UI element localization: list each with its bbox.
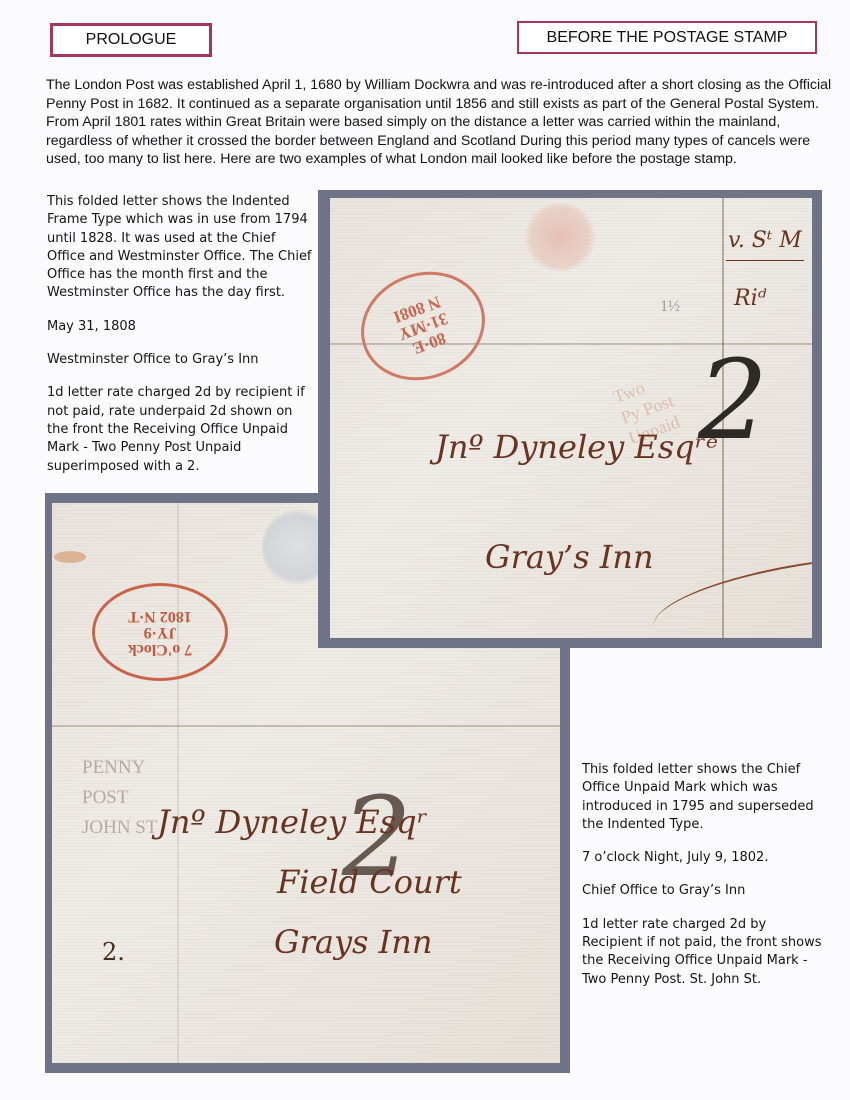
wax-seal-mark [524, 203, 596, 271]
fold-line [52, 725, 560, 727]
address-line-1: Jnº Dyneley Esqʳ [157, 803, 428, 841]
exhibit-2-date: 7 o’clock Night, July 9, 1802. [582, 849, 822, 867]
address-line-2: Gray’s Inn [485, 538, 654, 576]
corner-note-1: v. Sᵗ M [728, 228, 802, 253]
exhibit-2-route: Chief Office to Gray’s Inn [582, 882, 822, 900]
address-line-3: Grays Inn [274, 923, 432, 961]
section-label-box: PROLOGUE [50, 23, 212, 57]
exhibit-2-rate-note: 1d letter rate charged 2d by Recipient i… [582, 916, 822, 989]
exhibit-1-letter-image: 80·E 31·MY N 808I 1½ v. Sᵗ M Riᵈ TwoPy P… [330, 198, 812, 638]
section-label: PROLOGUE [86, 31, 177, 49]
exhibit-2-text: This folded letter shows the Chief Offic… [582, 761, 822, 834]
page-title-box: BEFORE THE POSTAGE STAMP [517, 21, 817, 54]
exhibit-2-description: This folded letter shows the Chief Offic… [582, 761, 822, 1004]
stain [54, 551, 86, 563]
address-line-2: Field Court [277, 863, 462, 901]
chief-office-datestamp: 7 o'Clock JY·9 1802 N·T [92, 583, 228, 681]
exhibit-1-route: Westminster Office to Gray’s Inn [47, 351, 317, 369]
indented-frame-datestamp: 80·E 31·MY N 808I [346, 255, 501, 398]
left-note: 2. [102, 938, 125, 966]
exhibit-1-mount: 80·E 31·MY N 808I 1½ v. Sᵗ M Riᵈ TwoPy P… [318, 190, 822, 648]
page-title: BEFORE THE POSTAGE STAMP [547, 29, 788, 47]
exhibit-1-date: May 31, 1808 [47, 318, 317, 336]
receiving-office-mark: PENNY POST JOHN ST [82, 753, 157, 843]
underline [726, 260, 804, 261]
intro-paragraph: The London Post was established April 1,… [46, 76, 836, 169]
corner-note-2: Riᵈ [734, 286, 766, 311]
exhibit-1-text: This folded letter shows the Indented Fr… [47, 193, 317, 303]
pencil-mark: 1½ [660, 298, 680, 316]
exhibit-1-description: This folded letter shows the Indented Fr… [47, 193, 317, 491]
pen-flourish [648, 561, 812, 626]
exhibit-1-rate-note: 1d letter rate charged 2d by recipient i… [47, 384, 317, 475]
address-line-1: Jnº Dyneley Esqʳᵉ [435, 428, 718, 466]
